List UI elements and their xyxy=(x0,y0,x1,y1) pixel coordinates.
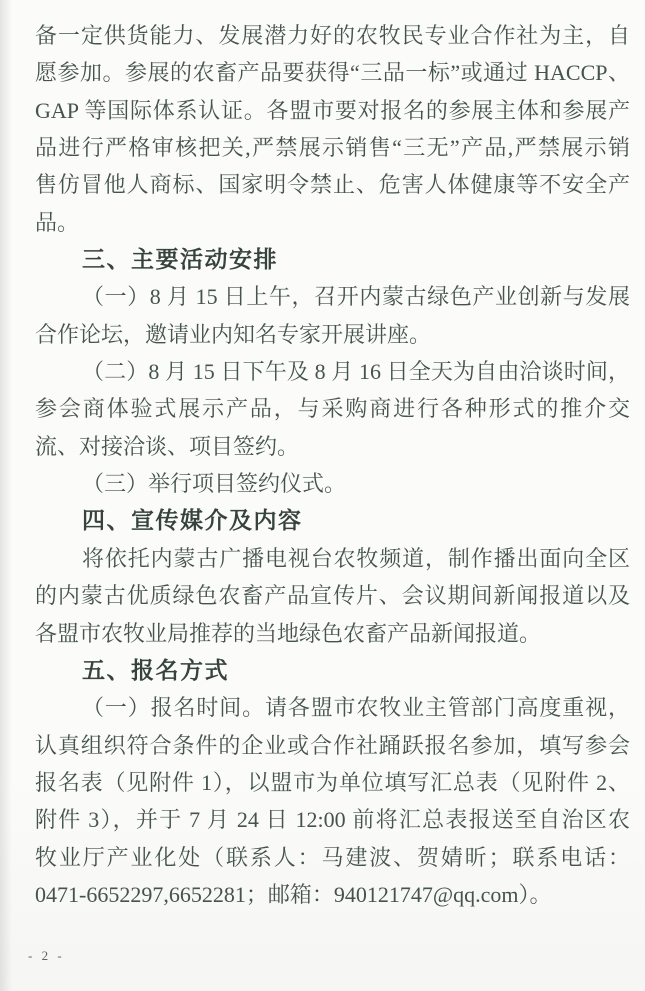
section-heading: 五、报名方式 xyxy=(35,652,630,689)
scan-edge-shadow xyxy=(0,0,12,991)
text-line: 附件 3），并于 7 月 24 日 12:00 前将汇总表报送至自治区农 xyxy=(35,801,630,838)
section-heading: 三、主要活动安排 xyxy=(35,241,630,278)
text-line: （三）举行项目签约仪式。 xyxy=(35,465,630,502)
text-line: 售仿冒他人商标、国家明令禁止、危害人体健康等不安全产 xyxy=(35,166,630,203)
text-line: （一）报名时间。请各盟市农牧业主管部门高度重视， xyxy=(35,689,630,726)
text-line: 报名表（见附件 1），以盟市为单位填写汇总表（见附件 2、 xyxy=(35,764,630,801)
text-line: 认真组织符合条件的企业或合作社踊跃报名参加，填写参会 xyxy=(35,727,630,764)
text-line: 品。 xyxy=(35,204,630,241)
page-number: - 2 - xyxy=(28,948,65,964)
section-heading: 四、宣传媒介及内容 xyxy=(35,502,630,539)
text-line: 愿参加。参展的农畜产品要获得“三品一标”或通过 HACCP、 xyxy=(35,54,630,91)
text-line: （二）8 月 15 日下午及 8 月 16 日全天为自由洽谈时间， xyxy=(35,353,630,390)
text-line: 的内蒙古优质绿色农畜产品宣传片、会议期间新闻报道以及 xyxy=(35,577,630,614)
text-line: 备一定供货能力、发展潜力好的农牧民专业合作社为主，自 xyxy=(35,17,630,54)
text-line: 牧业厅产业化处（联系人：马建波、贺婧昕；联系电话： xyxy=(35,839,630,876)
text-line: GAP 等国际体系认证。各盟市要对报名的参展主体和参展产 xyxy=(35,92,630,129)
text-line: 各盟市农牧业局推荐的当地绿色农畜产品新闻报道。 xyxy=(35,615,630,652)
text-line: 品进行严格审核把关,严禁展示销售“三无”产品,严禁展示销 xyxy=(35,129,630,166)
text-line: 参会商体验式展示产品，与采购商进行各种形式的推介交 xyxy=(35,390,630,427)
text-line: （一）8 月 15 日上午，召开内蒙古绿色产业创新与发展 xyxy=(35,278,630,315)
text-block: 备一定供货能力、发展潜力好的农牧民专业合作社为主，自愿参加。参展的农畜产品要获得… xyxy=(35,17,630,913)
text-line: 流、对接洽谈、项目签约。 xyxy=(35,428,630,465)
text-line: 合作论坛，邀请业内知名专家开展讲座。 xyxy=(35,316,630,353)
text-line: 将依托内蒙古广播电视台农牧频道，制作播出面向全区 xyxy=(35,540,630,577)
text-line: 0471-6652297,6652281；邮箱：940121747@qq.com… xyxy=(35,876,630,913)
